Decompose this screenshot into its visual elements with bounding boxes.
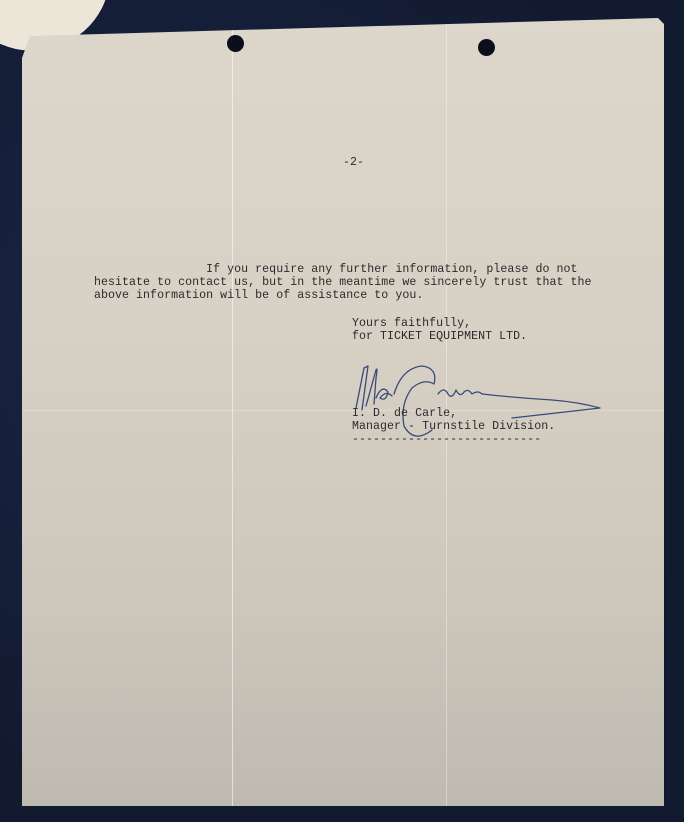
punch-hole xyxy=(227,35,244,52)
letter-page: -2- If you require any further informati… xyxy=(22,18,664,806)
signature-underline: --------------------------- xyxy=(352,433,555,446)
salutation: Yours faithfully, xyxy=(352,317,527,330)
signatory-block: I. D. de Carle,Manager - Turnstile Divis… xyxy=(352,407,555,446)
fold-crease-vertical xyxy=(232,18,233,806)
signatory-name: I. D. de Carle, xyxy=(352,407,555,420)
body-line: hesitate to contact us, but in the meant… xyxy=(94,276,592,289)
signatory-title: Manager - Turnstile Division. xyxy=(352,420,555,433)
punch-hole xyxy=(478,39,495,56)
body-line: above information will be of assistance … xyxy=(94,289,592,302)
page-number: -2- xyxy=(343,156,364,169)
body-paragraph: If you require any further information, … xyxy=(94,263,592,302)
closing-block: Yours faithfully,for TICKET EQUIPMENT LT… xyxy=(352,317,527,343)
body-line: If you require any further information, … xyxy=(94,263,592,276)
company-line: for TICKET EQUIPMENT LTD. xyxy=(352,330,527,343)
